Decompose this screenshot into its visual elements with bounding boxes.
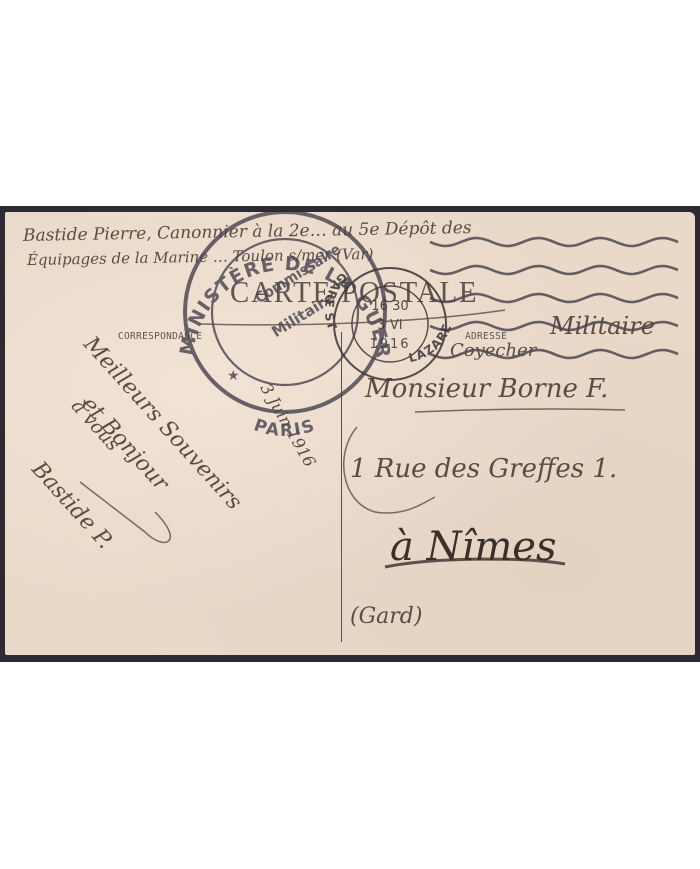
svg-text:16 30: 16 30	[371, 299, 408, 314]
svg-text:1916: 1916	[369, 337, 410, 352]
wavy-cancellation-icon	[430, 238, 678, 358]
stamps-layer: MINISTÈRE DE LA GUERRE PARIS ★ Commissai…	[5, 212, 695, 655]
svg-text:★: ★	[227, 368, 240, 384]
svg-text:PARIS: PARIS	[251, 415, 318, 441]
postcard: CARTE POSTALE CORRESPONDANCE ADRESSE LÉV…	[5, 212, 695, 655]
handwriting-flourish-icon	[80, 310, 625, 567]
